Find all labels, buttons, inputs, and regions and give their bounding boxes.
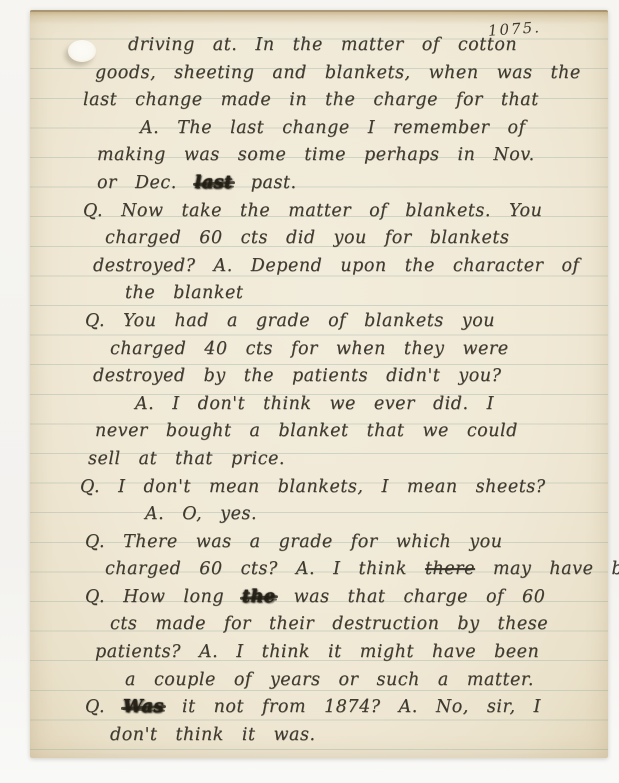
handwriting-text: or Dec. (97, 173, 195, 193)
handwriting-line: Q. Now take the matter of blankets. You (30, 198, 608, 226)
handwriting-text: last (195, 173, 233, 193)
handwriting-text: Q. I don't mean blankets, I mean sheets? (80, 477, 546, 497)
handwriting-text: making was some time perhaps in Nov. (97, 145, 535, 165)
handwriting-text: there (425, 559, 475, 579)
handwriting-text: charged 60 cts did you for blankets (105, 228, 509, 248)
handwriting-text: it not from 1874? A. No, sir, I (164, 697, 541, 717)
handwriting-text: Q. You had a grade of blankets you (85, 311, 495, 331)
handwriting-line: charged 60 cts? A. I think there may hav… (30, 556, 608, 584)
handwriting-text: a couple of years or such a matter. (125, 670, 534, 690)
handwriting-line: a couple of years or such a matter. (30, 667, 608, 695)
handwriting-line: patients? A. I think it might have been (30, 639, 608, 667)
handwriting-text: Q. There was a grade for which you (85, 532, 503, 552)
handwriting-text: may have been. (475, 559, 619, 579)
handwriting-text: A. O, yes. (145, 504, 257, 524)
handwriting-lines: driving at. In the matter of cottongoods… (30, 32, 608, 749)
handwriting-text: Q. (85, 697, 123, 717)
handwriting-text: never bought a blanket that we could (95, 421, 518, 441)
handwriting-text: driving at. In the matter of cotton (128, 35, 517, 55)
handwriting-text: destroyed by the patients didn't you? (93, 366, 502, 386)
handwriting-line: Q. You had a grade of blankets you (30, 308, 608, 336)
handwriting-line: charged 40 cts for when they were (30, 336, 608, 364)
handwriting-text: A. The last change I remember of (140, 118, 526, 138)
handwriting-line: driving at. In the matter of cotton (30, 32, 608, 60)
handwriting-text: A. I don't think we ever did. I (135, 394, 494, 414)
handwriting-text: charged 60 cts? A. I think (105, 559, 425, 579)
handwriting-line: A. I don't think we ever did. I (30, 391, 608, 419)
handwriting-line: Q. How long the was that charge of 60 (30, 584, 608, 612)
handwriting-line: destroyed by the patients didn't you? (30, 363, 608, 391)
handwriting-text: cts made for their destruction by these (110, 614, 548, 634)
handwriting-line: Q. There was a grade for which you (30, 529, 608, 557)
handwriting-line: destroyed? A. Depend upon the character … (30, 253, 608, 281)
handwriting-line: the blanket (30, 280, 608, 308)
handwriting-line: goods, sheeting and blankets, when was t… (30, 60, 608, 88)
manuscript-page: 1075. driving at. In the matter of cotto… (30, 10, 608, 758)
handwriting-line: cts made for their destruction by these (30, 611, 608, 639)
handwriting-line: Q. Was it not from 1874? A. No, sir, I (30, 694, 608, 722)
handwriting-line: making was some time perhaps in Nov. (30, 142, 608, 170)
handwriting-text: goods, sheeting and blankets, when was t… (95, 63, 581, 83)
handwriting-line: A. The last change I remember of (30, 115, 608, 143)
handwriting-line: Q. I don't mean blankets, I mean sheets? (30, 474, 608, 502)
handwriting-line: don't think it was. (30, 722, 608, 750)
handwriting-text: Was (123, 697, 164, 717)
handwriting-line: never bought a blanket that we could (30, 418, 608, 446)
handwriting-line: or Dec. last past. (30, 170, 608, 198)
handwriting-text: charged 40 cts for when they were (110, 339, 509, 359)
handwriting-text: Q. Now take the matter of blankets. You (83, 201, 542, 221)
handwriting-text: patients? A. I think it might have been (95, 642, 539, 662)
handwriting-text: was that charge of 60 (276, 587, 546, 607)
handwriting-text: destroyed? A. Depend upon the character … (93, 256, 580, 276)
handwriting-text: sell at that price. (88, 449, 285, 469)
handwriting-line: last change made in the charge for that (30, 87, 608, 115)
handwriting-text: past. (233, 173, 297, 193)
handwriting-text: don't think it was. (110, 725, 316, 745)
scanned-document: 1075. driving at. In the matter of cotto… (0, 0, 619, 783)
handwriting-text: last change made in the charge for that (83, 90, 539, 110)
handwriting-text: Q. How long (85, 587, 242, 607)
handwriting-line: A. O, yes. (30, 501, 608, 529)
handwriting-text: the blanket (125, 283, 243, 303)
handwriting-text: the (242, 587, 276, 607)
handwriting-line: charged 60 cts did you for blankets (30, 225, 608, 253)
handwriting-line: sell at that price. (30, 446, 608, 474)
